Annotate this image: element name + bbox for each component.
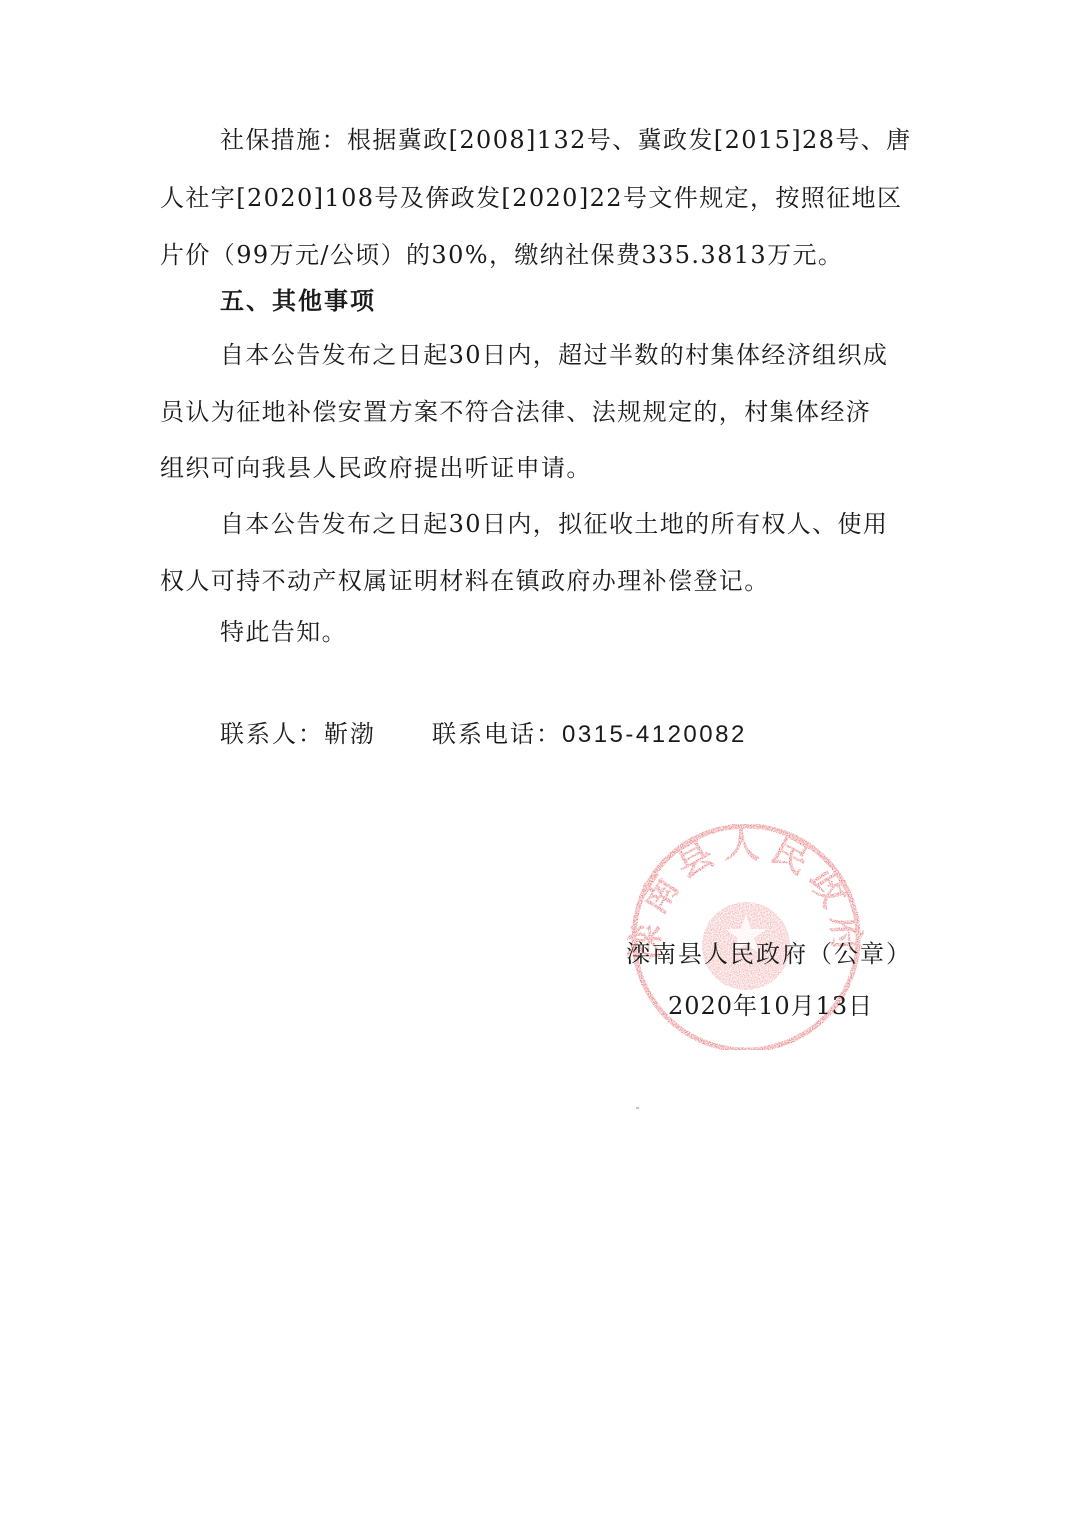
- registration-line-2: 权人可持不动产权属证明材料在镇政府办理补偿登记。: [160, 565, 770, 597]
- closing-text: 特此告知。: [220, 616, 347, 648]
- contact-person-label: 联系人：: [220, 718, 324, 750]
- social-security-line-2: 人社字[2020]108号及倴政发[2020]22号文件规定，按照征地区: [160, 182, 902, 214]
- hearing-line-2: 员认为征地补偿安置方案不符合法律、法规规定的，村集体经济: [160, 396, 871, 428]
- hearing-line-3: 组织可向我县人民政府提出听证申请。: [160, 452, 592, 484]
- contact-phone-label: 联系电话：: [432, 718, 562, 750]
- hearing-line-1: 自本公告发布之日起30日内，超过半数的村集体经济组织成: [220, 339, 888, 371]
- social-security-line-1: 社保措施：根据冀政[2008]132号、冀政发[2015]28号、唐: [220, 124, 912, 156]
- contact-person-name: 靳渤: [324, 718, 376, 750]
- section-heading: 五、其他事项: [220, 285, 376, 317]
- document-page: 社保措施：根据冀政[2008]132号、冀政发[2015]28号、唐 人社字[2…: [0, 0, 1080, 1526]
- registration-line-1: 自本公告发布之日起30日内，拟征收土地的所有权人、使用: [220, 508, 888, 540]
- social-security-line-3: 片价（99万元/公顷）的30%，缴纳社保费335.3813万元。: [160, 239, 843, 271]
- signature-date: 2020年10月13日: [668, 990, 873, 1022]
- signature-organization: 滦南县人民政府（公章）: [626, 938, 912, 970]
- contact-info: 联系人：靳渤联系电话：0315-4120082: [220, 718, 747, 751]
- scan-speck: [636, 1107, 639, 1109]
- contact-phone-number: 0315-4120082: [562, 719, 747, 751]
